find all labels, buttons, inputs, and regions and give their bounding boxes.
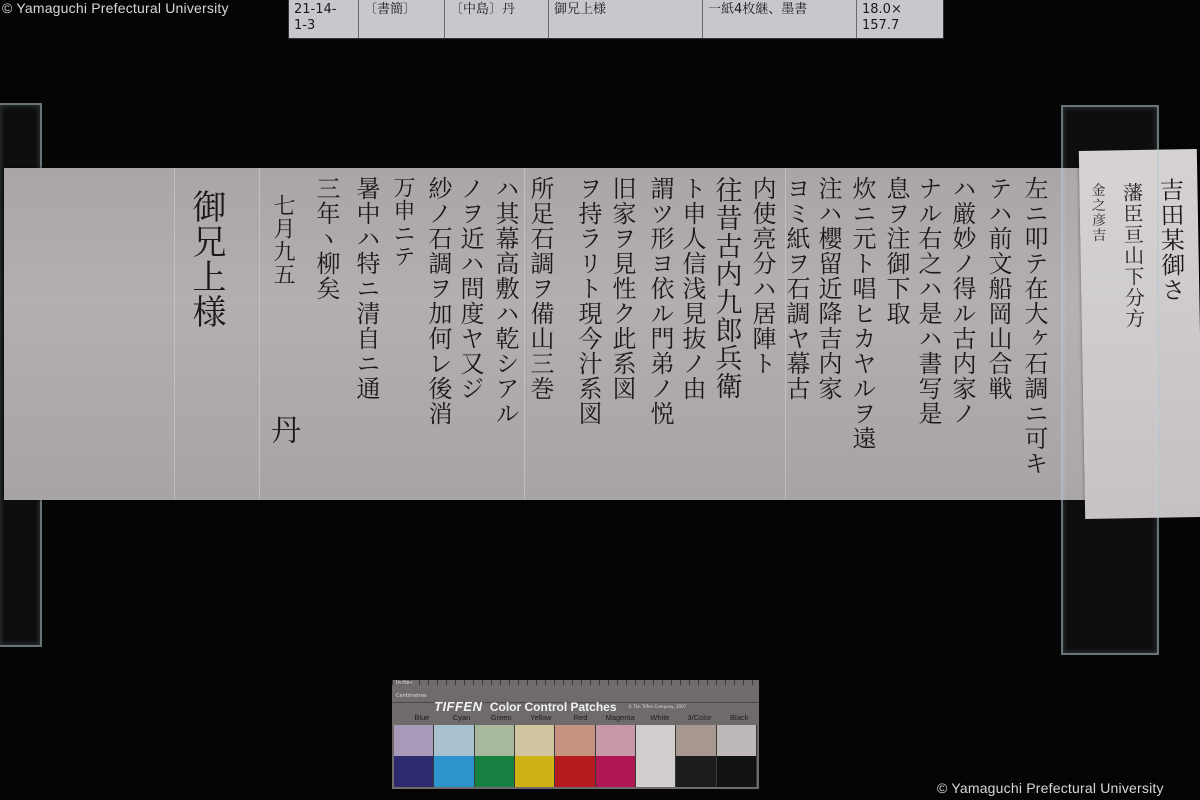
letter-text-column: 七月九五 (271, 194, 293, 286)
color-patch-dark (475, 756, 515, 787)
letter-text-column: 炊ニ元ト唱ヒカヤルヲ遠 (850, 176, 874, 451)
letter-text-column: 所足石調ヲ備山三巻 (528, 176, 552, 401)
patch-label-3-color: 3/Color (680, 713, 720, 722)
patch-labels: BlueCyanGreenYellowRedMagentaWhite3/Colo… (402, 713, 759, 722)
letter-text-column: ノヲ近ハ問度ヤ又ジ (458, 176, 482, 401)
letter-text-column: 左ニ叩テ在大ヶ石調ニ可キ (1022, 176, 1046, 476)
ruler-inches-label: Inches (396, 680, 412, 686)
ruler-cm-label: Centimetres (396, 693, 427, 699)
color-patch-light (434, 725, 474, 756)
copyright-watermark-top: © Yamaguchi Prefectural University (2, 0, 229, 16)
catalog-label-table: 21-14- 1-3〔書簡〕〔中島〕丹御兄上様一紙4枚継、墨書18.0× 157… (288, 0, 944, 39)
color-control-chart: Inches Centimetres TIFFEN Color Control … (392, 680, 759, 789)
letter-text-column: 息ヲ注御下取 (884, 176, 908, 326)
letter-text-column: ハ厳妙ノ得ル古内家ノ (950, 176, 974, 426)
letter-text-column: 御兄上様 (189, 189, 223, 329)
color-patch-dark (515, 756, 555, 787)
color-patch-dark (636, 756, 676, 787)
letter-text-column: 紗ノ石調ヲ加何レ後消 (426, 176, 450, 426)
letter-text-column: ナル右之ハ是ハ書写是 (916, 176, 940, 426)
letter-text-column: 三年ヽ柳矣 (314, 176, 338, 301)
letter-text-column: ヨミ紙ヲ石調ヤ幕古 (784, 176, 808, 401)
label-cell-number: 21-14- 1-3 (289, 0, 359, 38)
paper-seam (524, 168, 525, 500)
letter-text-column: 旧家ヲ見性ク此系図 (610, 176, 634, 401)
patch-label-black: Black (719, 713, 759, 722)
color-patch-light (515, 725, 555, 756)
letter-text-column: 万申ニテ (391, 176, 413, 268)
color-patch-dark (596, 756, 636, 787)
letter-scroll: 左ニ叩テ在大ヶ石調ニ可キテハ前文船岡山合戦ハ厳妙ノ得ル古内家ノナル右之ハ是ハ書写… (4, 168, 1094, 500)
letter-text-column: 謂ツ形ヨ依ル門弟ノ悦 (648, 176, 672, 426)
letter-text-column: ヲ持ラリト現今汁系図 (576, 176, 600, 426)
label-cell-type: 〔書簡〕 (359, 0, 445, 38)
color-patch-light (475, 725, 515, 756)
tiffen-logo: TIFFEN (434, 699, 483, 714)
patch-row-light (394, 725, 757, 756)
patch-row-dark (394, 756, 757, 787)
chart-copyright: © The Tiffen Company, 2007 (628, 704, 686, 709)
chart-title-text: Color Control Patches (490, 700, 617, 714)
label-cell-format: 一紙4枚継、墨書 (703, 0, 857, 38)
patch-label-blue: Blue (402, 713, 442, 722)
color-patches (394, 725, 757, 789)
label-cell-dimensions: 18.0× 157.7 (857, 0, 943, 38)
patch-label-white: White (640, 713, 680, 722)
color-patch-light (394, 725, 434, 756)
paper-seam (174, 168, 175, 500)
letter-text-column: 注ハ櫻留近降吉内家 (816, 176, 840, 401)
color-patch-dark (394, 756, 434, 787)
letter-text-column: ト申人信浅見抜ノ由 (680, 176, 704, 401)
label-cell-author: 〔中島〕丹 (445, 0, 549, 38)
glass-weight-right (1061, 105, 1159, 655)
letter-text-column: 丹 (267, 414, 297, 445)
paper-seam (259, 168, 260, 500)
patch-label-magenta: Magenta (600, 713, 640, 722)
letter-text-column: 往昔古内九郎兵衛 (713, 176, 740, 400)
color-patch-light (676, 725, 716, 756)
color-patch-dark (717, 756, 757, 787)
patch-label-yellow: Yellow (521, 713, 561, 722)
patch-label-green: Green (481, 713, 521, 722)
color-patch-dark (555, 756, 595, 787)
color-patch-light (596, 725, 636, 756)
letter-text-column: 内使亮分ハ居陣ト (750, 176, 774, 376)
letter-text-column: ハ其幕高敷ハ乾シアル (493, 176, 517, 426)
color-patch-light (717, 725, 757, 756)
chart-title: TIFFEN Color Control Patches (434, 699, 617, 714)
color-patch-dark (676, 756, 716, 787)
copyright-watermark-bottom: © Yamaguchi Prefectural University (937, 780, 1164, 796)
label-cell-recipient: 御兄上様 (549, 0, 703, 38)
color-patch-dark (434, 756, 474, 787)
patch-label-red: Red (561, 713, 601, 722)
color-patch-light (636, 725, 676, 756)
letter-text-column: 暑中ハ特ニ清自ニ通 (354, 176, 378, 401)
slip-text-column: 吉田某御さ (1157, 177, 1183, 302)
color-patch-light (555, 725, 595, 756)
letter-text-column: テハ前文船岡山合戦 (986, 176, 1010, 401)
patch-label-cyan: Cyan (442, 713, 482, 722)
